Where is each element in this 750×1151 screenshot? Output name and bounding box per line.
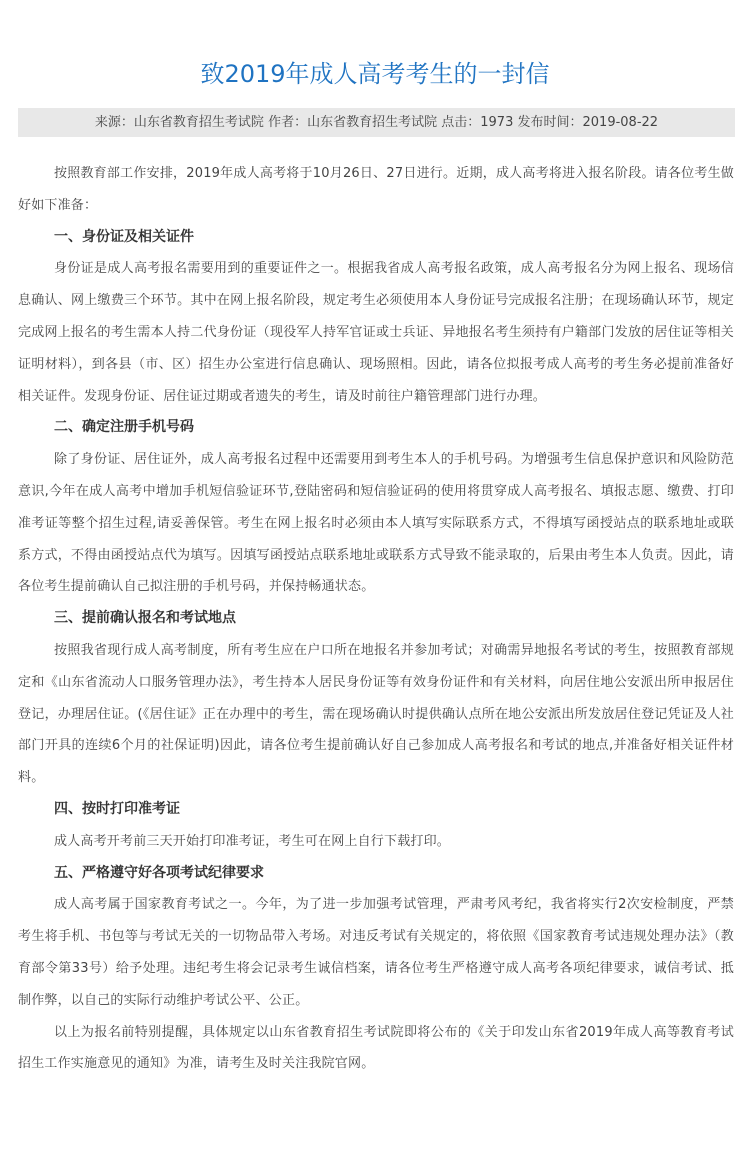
section-heading-exam-location: 三、提前确认报名和考试地点 <box>18 603 734 635</box>
intro-paragraph: 按照教育部工作安排，2019年成人高考将于10月26日、27日进行。近期，成人高… <box>18 158 734 222</box>
section-heading-exam-discipline: 五、严格遵守好各项考试纪律要求 <box>18 858 734 890</box>
section-heading-admission-ticket: 四、按时打印准考证 <box>18 794 734 826</box>
article-meta-bar: 来源：山东省教育招生考试院 作者：山东省教育招生考试院 点击：1973 发布时间… <box>18 108 735 137</box>
article-body: 按照教育部工作安排，2019年成人高考将于10月26日、27日进行。近期，成人高… <box>18 158 734 1080</box>
section-body-admission-ticket: 成人高考开考前三天开始打印准考证，考生可在网上自行下载打印。 <box>18 826 734 858</box>
section-body-phone-number: 除了身份证、居住证外，成人高考报名过程中还需要用到考生本人的手机号码。为增强考生… <box>18 444 734 603</box>
section-heading-phone-number: 二、确定注册手机号码 <box>18 412 734 444</box>
source-label: 来源： <box>95 115 134 130</box>
source-value: 山东省教育招生考试院 <box>134 115 264 130</box>
author-value: 山东省教育招生考试院 <box>307 115 437 130</box>
section-body-exam-location: 按照我省现行成人高考制度，所有考生应在户口所在地报名并参加考试；对确需异地报名考… <box>18 635 734 794</box>
closing-paragraph: 以上为报名前特别提醒，具体规定以山东省教育招生考试院即将公布的《关于印发山东省2… <box>18 1017 734 1081</box>
author-label: 作者： <box>268 115 307 130</box>
article-title: 致2019年成人高考考生的一封信 <box>0 56 750 92</box>
publish-date: 2019-08-22 <box>583 115 659 130</box>
clicks-count: 1973 <box>480 115 513 130</box>
section-body-id-documents: 身份证是成人高考报名需要用到的重要证件之一。根据我省成人高考报名政策，成人高考报… <box>18 253 734 412</box>
clicks-label: 点击： <box>441 115 480 130</box>
date-label: 发布时间： <box>518 115 583 130</box>
article-page: 致2019年成人高考考生的一封信 来源：山东省教育招生考试院 作者：山东省教育招… <box>0 0 750 1151</box>
section-body-exam-discipline: 成人高考属于国家教育考试之一。今年，为了进一步加强考试管理，严肃考风考纪，我省将… <box>18 889 734 1016</box>
section-heading-id-documents: 一、身份证及相关证件 <box>18 222 734 254</box>
